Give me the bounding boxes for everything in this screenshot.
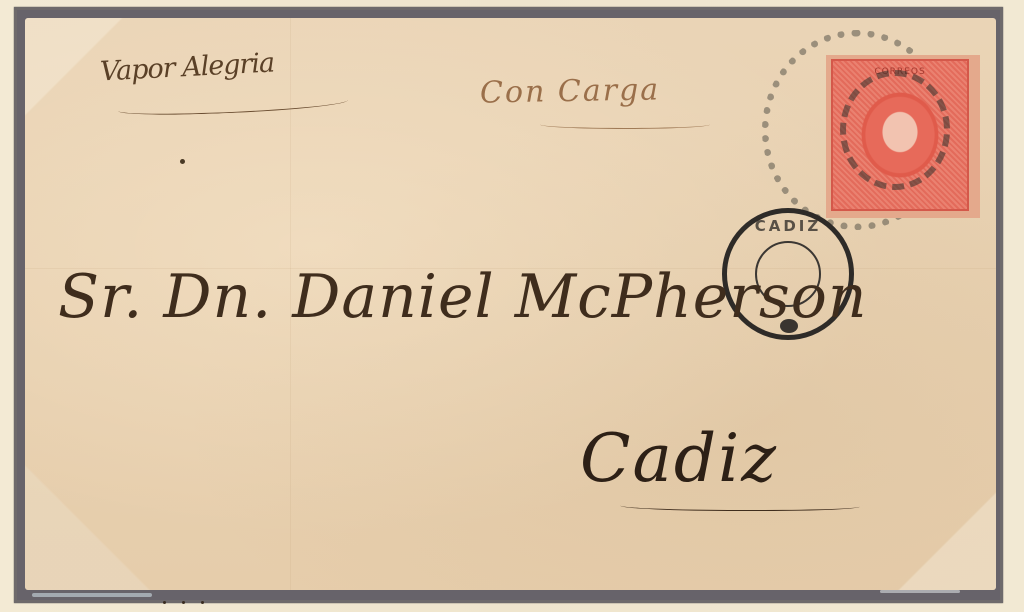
city-underline <box>620 500 860 511</box>
corner-mount-bottom-left <box>25 446 169 590</box>
corner-mount-bottom-right <box>882 476 996 590</box>
ink-spot <box>180 159 185 164</box>
cargo-note-underline <box>540 120 710 129</box>
grill-cancellation-inner <box>840 70 950 190</box>
mount-hinge-bottom-right <box>880 590 960 593</box>
ink-dots <box>163 589 220 608</box>
addressee-name: Sr. Dn. Daniel McPherson <box>58 262 868 332</box>
mount-hinge-bottom <box>32 593 152 597</box>
postmark-town: CADIZ <box>727 217 849 235</box>
cargo-note: Con Carga <box>480 72 661 110</box>
destination-city: Cadiz <box>580 420 778 497</box>
album-page: Vapor Alegria Con Carga CORREOS CADIZ Sr… <box>0 0 1024 612</box>
